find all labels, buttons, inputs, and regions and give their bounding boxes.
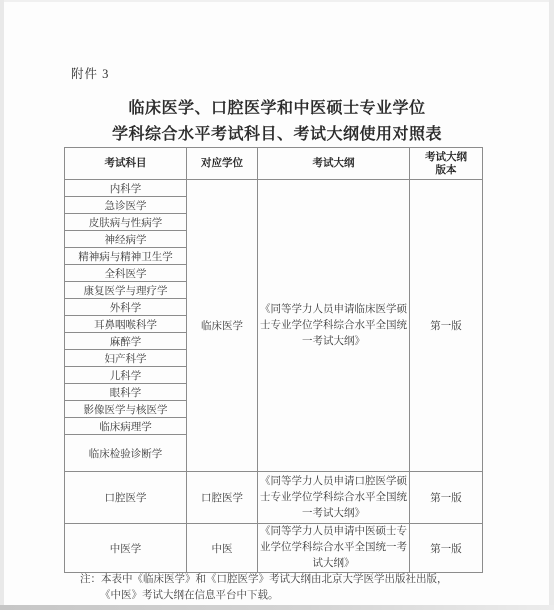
header-exam-syllabus: 考试大纲: [258, 148, 410, 180]
attachment-label: 附件 3: [71, 64, 109, 82]
subject-cell: 儿科学: [65, 367, 187, 384]
syllabus-cell: 《同等学力人员申请中医硕士专业学位学科综合水平全国统一考试大纲》: [258, 524, 410, 573]
scan-edge-right: [549, 0, 554, 610]
subject-cell: 耳鼻咽喉科学: [65, 316, 187, 333]
syllabus-cell-clinical: 《同等学力人员申请临床医学硕士专业学位学科综合水平全国统一考试大纲》: [258, 180, 410, 472]
header-syllabus-version-line1: 考试大纲: [410, 151, 482, 164]
subject-cell: 内科学: [65, 180, 187, 197]
subject-cell: 全科医学: [65, 265, 187, 282]
subject-cell: 康复医学与理疗学: [65, 282, 187, 299]
degree-cell: 口腔医学: [187, 472, 258, 524]
version-cell: 第一版: [410, 524, 483, 573]
version-cell: 第一版: [410, 472, 483, 524]
scanned-document-page: 附件 3 临床医学、口腔医学和中医硕士专业学位 学科综合水平考试科目、考试大纲使…: [0, 0, 554, 610]
subject-cell: 精神病与精神卫生学: [65, 248, 187, 265]
degree-cell: 中医: [187, 524, 258, 573]
subject-cell: 麻醉学: [65, 333, 187, 350]
subject-cell: 中医学: [65, 524, 187, 573]
subject-cell: 外科学: [65, 299, 187, 316]
syllabus-cell: 《同等学力人员申请口腔医学硕士专业学位学科综合水平全国统一考试大纲》: [258, 472, 410, 524]
subject-cell: 急诊医学: [65, 197, 187, 214]
table-header-row: 考试科目 对应学位 考试大纲 考试大纲 版本: [65, 148, 483, 180]
header-syllabus-version-line2: 版本: [410, 164, 482, 177]
table-row-tcm: 中医学 中医 《同等学力人员申请中医硕士专业学位学科综合水平全国统一考试大纲》 …: [65, 524, 483, 573]
table-footnote: 注：本表中《临床医学》和《口腔医学》考试大纲由北京大学医学出版社出版， 《中医》…: [80, 572, 520, 603]
document-title: 临床医学、口腔医学和中医硕士专业学位 学科综合水平考试科目、考试大纲使用对照表: [0, 96, 554, 148]
subject-cell: 神经病学: [65, 231, 187, 248]
scan-edge-top: [0, 0, 554, 2]
scan-edge-left: [0, 0, 4, 610]
subject-cell: 临床病理学: [65, 418, 187, 435]
subject-cell: 口腔医学: [65, 472, 187, 524]
subject-cell: 皮肤病与性病学: [65, 214, 187, 231]
subject-cell: 妇产科学: [65, 350, 187, 367]
table-row: 内科学 临床医学 《同等学力人员申请临床医学硕士专业学位学科综合水平全国统一考试…: [65, 180, 483, 197]
exam-syllabus-comparison-table: 考试科目 对应学位 考试大纲 考试大纲 版本 内科学 临床医学 《同等学力人员申…: [64, 147, 483, 573]
footnote-line1: 注：本表中《临床医学》和《口腔医学》考试大纲由北京大学医学出版社出版，: [80, 572, 520, 588]
degree-cell-clinical: 临床医学: [187, 180, 258, 472]
document-title-line1: 临床医学、口腔医学和中医硕士专业学位: [0, 96, 554, 122]
subject-cell: 临床检验诊断学: [65, 435, 187, 472]
header-exam-subject: 考试科目: [65, 148, 187, 180]
header-syllabus-version: 考试大纲 版本: [410, 148, 483, 180]
scan-edge-bottom: [0, 605, 554, 610]
table-row-stomatology: 口腔医学 口腔医学 《同等学力人员申请口腔医学硕士专业学位学科综合水平全国统一考…: [65, 472, 483, 524]
header-corresponding-degree: 对应学位: [187, 148, 258, 180]
subject-cell: 影像医学与核医学: [65, 401, 187, 418]
subject-cell: 眼科学: [65, 384, 187, 401]
footnote-line2: 《中医》考试大纲在信息平台中下载。: [100, 588, 520, 604]
version-cell-clinical: 第一版: [410, 180, 483, 472]
document-title-line2: 学科综合水平考试科目、考试大纲使用对照表: [0, 122, 554, 148]
